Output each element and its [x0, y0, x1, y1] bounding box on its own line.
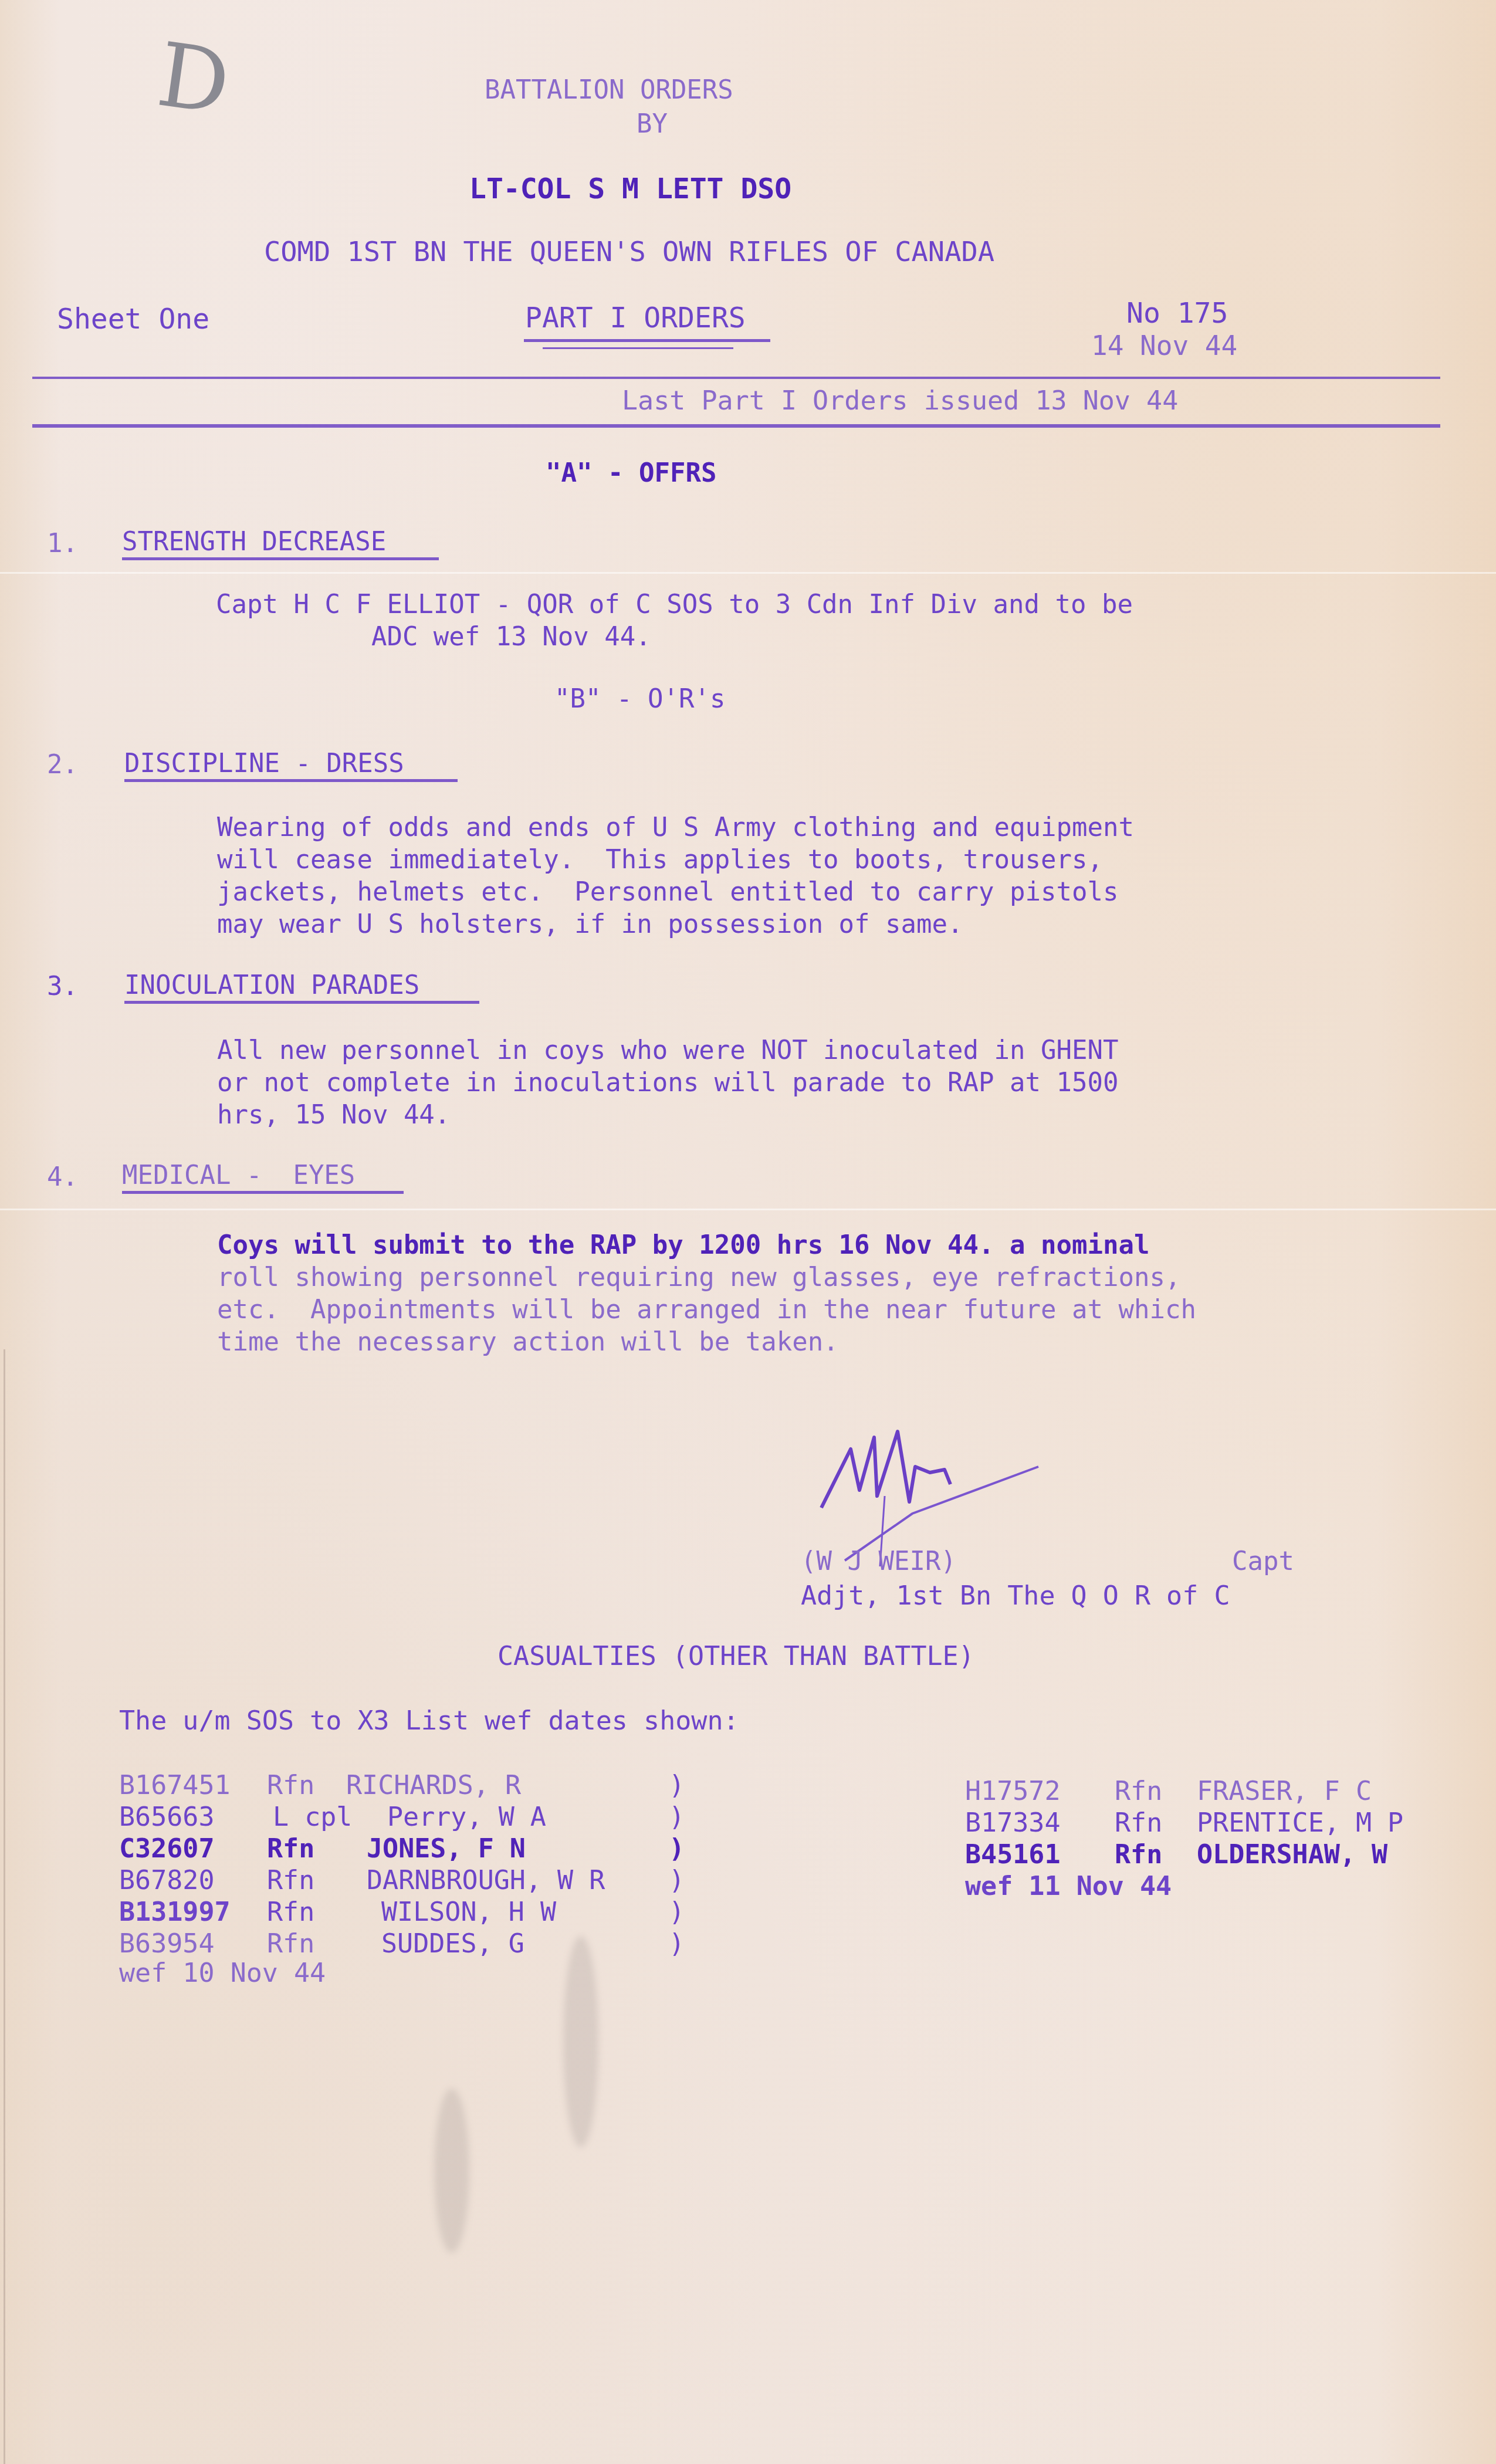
casualty-rank: Rfn: [1115, 1841, 1162, 1867]
handwritten-signature-icon: [810, 1414, 1056, 1566]
item-2-underline: [124, 779, 458, 782]
casualty-wef-date: wef 11 Nov 44: [965, 1873, 1172, 1899]
item-2-body: Wearing of odds and ends of U S Army clo…: [217, 811, 1134, 940]
part-underline: [524, 339, 770, 342]
item-3-body: All new personnel in coys who were NOT i…: [217, 1034, 1118, 1131]
casualties-intro: The u/m SOS to X3 List wef dates shown:: [119, 1707, 739, 1734]
section-b-heading: "B" - O'R's: [554, 686, 725, 712]
title-line-1: BATTALION ORDERS: [485, 77, 733, 103]
casualty-name: SUDDES, G: [381, 1930, 524, 1957]
item-3-title: INOCULATION PARADES: [124, 973, 419, 999]
casualty-name: FRASER, F C: [1197, 1778, 1372, 1804]
commander-name: LT-COL S M LETT DSO: [469, 175, 791, 203]
part-label: PART I ORDERS: [525, 304, 746, 332]
casualty-rank: Rfn: [1115, 1778, 1162, 1804]
casualty-number: B131997: [119, 1898, 231, 1925]
item-2-title: DISCIPLINE - DRESS: [124, 751, 404, 777]
casualty-number: B45161: [965, 1841, 1061, 1867]
casualty-number: B17334: [965, 1809, 1061, 1836]
document-page: D BATTALION ORDERS BY LT-COL S M LETT DS…: [0, 0, 1496, 2464]
signatory-rank: Capt: [1232, 1549, 1294, 1575]
item-1-underline: [122, 557, 439, 560]
casualty-name: WILSON, H W: [381, 1898, 556, 1925]
item-4-number: 4.: [47, 1165, 78, 1190]
item-4-title: MEDICAL - EYES: [122, 1163, 355, 1189]
header-rule-bottom: [32, 424, 1440, 428]
bracket: ): [669, 1930, 685, 1957]
casualty-name: PRENTICE, M P: [1197, 1809, 1403, 1836]
item-4-body-line-1: Coys will submit to the RAP by 1200 hrs …: [217, 1229, 1149, 1261]
casualty-rank: Rfn: [267, 1898, 314, 1925]
pencil-annotation: D: [153, 31, 235, 127]
paper-crease: [0, 1209, 1496, 1210]
casualty-rank: Rfn: [267, 1835, 314, 1861]
casualty-wef-date: wef 10 Nov 44: [119, 1959, 326, 1986]
casualty-number: H17572: [965, 1778, 1061, 1804]
casualty-number: B67820: [119, 1867, 215, 1893]
bracket: ): [669, 1835, 685, 1861]
sheet-label: Sheet One: [57, 305, 209, 333]
paper-crease: [0, 572, 1496, 574]
casualty-name: JONES, F N: [367, 1835, 526, 1861]
part-underline-2: [543, 347, 733, 349]
casualty-number: B63954: [119, 1930, 215, 1957]
bracket: ): [669, 1898, 685, 1925]
item-3-underline: [124, 1001, 479, 1004]
item-1-number: 1.: [47, 531, 78, 557]
item-4-body-rest: roll showing personnel requiring new gla…: [217, 1261, 1196, 1358]
casualty-number: B65663: [119, 1803, 215, 1830]
paper-edge: [4, 1349, 5, 2464]
signatory-appointment: Adjt, 1st Bn The Q O R of C: [801, 1582, 1230, 1609]
bracket: ): [669, 1772, 685, 1798]
bracket: ): [669, 1803, 685, 1830]
unit-name: COMD 1ST BN THE QUEEN'S OWN RIFLES OF CA…: [264, 238, 994, 266]
casualty-number: C32607: [119, 1835, 215, 1861]
section-a-heading: "A" - OFFRS: [546, 461, 716, 486]
casualty-name: Perry, W A: [387, 1803, 546, 1830]
casualty-name: DARNBROUGH, W R: [367, 1867, 605, 1893]
casualty-name: OLDERSHAW, W: [1197, 1841, 1387, 1867]
item-3-number: 3.: [47, 974, 78, 1000]
item-4-underline: [122, 1191, 404, 1194]
bracket: ): [669, 1867, 685, 1893]
last-issued: Last Part I Orders issued 13 Nov 44: [622, 387, 1178, 414]
order-date: 14 Nov 44: [1091, 332, 1237, 359]
item-2-number: 2.: [47, 752, 78, 778]
casualty-rank: Rfn: [267, 1772, 314, 1798]
casualties-heading: CASUALTIES (OTHER THAN BATTLE): [497, 1643, 974, 1669]
casualty-name: RICHARDS, R: [346, 1772, 521, 1798]
header-rule-top: [32, 377, 1440, 379]
smudge: [563, 1936, 598, 2147]
item-1-body: Capt H C F ELLIOT - QOR of C SOS to 3 Cd…: [216, 588, 1133, 653]
casualty-number: B167451: [119, 1772, 231, 1798]
casualty-rank: Rfn: [267, 1930, 314, 1957]
title-line-2: BY: [637, 111, 668, 137]
order-number: No 175: [1126, 299, 1228, 327]
signatory-name: (W J WEIR): [801, 1549, 956, 1575]
casualty-rank: Rfn: [267, 1867, 314, 1893]
smudge: [434, 2089, 469, 2253]
casualty-rank: L cpl: [273, 1803, 352, 1830]
casualty-rank: Rfn: [1115, 1809, 1162, 1836]
item-1-title: STRENGTH DECREASE: [122, 529, 386, 555]
